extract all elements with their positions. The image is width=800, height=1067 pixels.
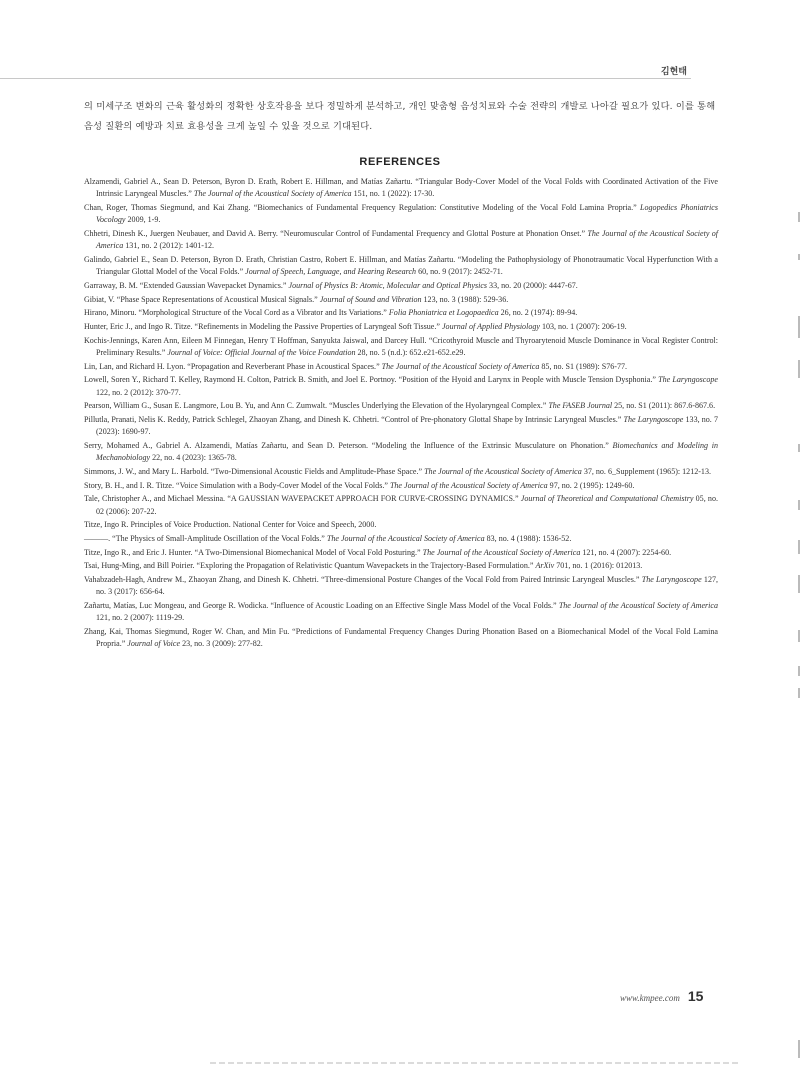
reference-item: Gibiat, V. “Phase Space Representations … bbox=[84, 294, 718, 306]
reference-item: Serry, Mohamed A., Gabriel A. Alzamendi,… bbox=[84, 440, 718, 465]
reference-item: Garraway, B. M. “Extended Gaussian Wavep… bbox=[84, 280, 718, 292]
reference-item: Titze, Ingo R., and Eric J. Hunter. “A T… bbox=[84, 547, 718, 559]
reference-item: Lin, Lan, and Richard H. Lyon. “Propagat… bbox=[84, 361, 718, 373]
running-head-author: 김현태 bbox=[661, 64, 687, 77]
reference-item: Zañartu, Matías, Luc Mongeau, and George… bbox=[84, 600, 718, 625]
reference-item: Lowell, Soren Y., Richard T. Kelley, Ray… bbox=[84, 374, 718, 399]
reference-item: Simmons, J. W., and Mary L. Harbold. “Tw… bbox=[84, 466, 718, 478]
reference-item: Chhetri, Dinesh K., Juergen Neubauer, an… bbox=[84, 228, 718, 253]
reference-item: Tsai, Hung-Ming, and Bill Poirier. “Expl… bbox=[84, 560, 718, 572]
running-head: 김현태 bbox=[0, 64, 691, 79]
reference-item: Zhang, Kai, Thomas Siegmund, Roger W. Ch… bbox=[84, 626, 718, 651]
reference-item: Titze, Ingo R. Principles of Voice Produ… bbox=[84, 519, 718, 531]
footer-url: www.kmpee.com bbox=[620, 993, 680, 1003]
references-heading: REFERENCES bbox=[0, 156, 800, 168]
reference-item: Hunter, Eric J., and Ingo R. Titze. “Ref… bbox=[84, 321, 718, 333]
reference-item: Vahabzadeh-Hagh, Andrew M., Zhaoyan Zhan… bbox=[84, 574, 718, 599]
bleed-through-bottom bbox=[210, 1062, 740, 1064]
reference-item: Pillutla, Pranati, Nelis K. Reddy, Patri… bbox=[84, 414, 718, 439]
reference-item: Kochis-Jennings, Karen Ann, Eileen M Fin… bbox=[84, 335, 718, 360]
reference-item: ———. “The Physics of Small-Amplitude Osc… bbox=[84, 533, 718, 545]
page-number: 15 bbox=[688, 988, 704, 1004]
reference-item: Galindo, Gabriel E., Sean D. Peterson, B… bbox=[84, 254, 718, 279]
reference-item: Hirano, Minoru. “Morphological Structure… bbox=[84, 307, 718, 319]
reference-item: Pearson, William G., Susan E. Langmore, … bbox=[84, 400, 718, 412]
reference-item: Chan, Roger, Thomas Siegmund, and Kai Zh… bbox=[84, 202, 718, 227]
references-list: Alzamendi, Gabriel A., Sean D. Peterson,… bbox=[84, 176, 718, 652]
reference-item: Tale, Christopher A., and Michael Messin… bbox=[84, 493, 718, 518]
body-paragraph: 의 미세구조 변화의 근육 활성화의 정확한 상호작용을 보다 정밀하게 분석하… bbox=[84, 97, 718, 137]
reference-item: Alzamendi, Gabriel A., Sean D. Peterson,… bbox=[84, 176, 718, 201]
reference-item: Story, B. H., and I. R. Titze. “Voice Si… bbox=[84, 480, 718, 492]
page-footer: www.kmpee.com 15 bbox=[620, 988, 703, 1006]
